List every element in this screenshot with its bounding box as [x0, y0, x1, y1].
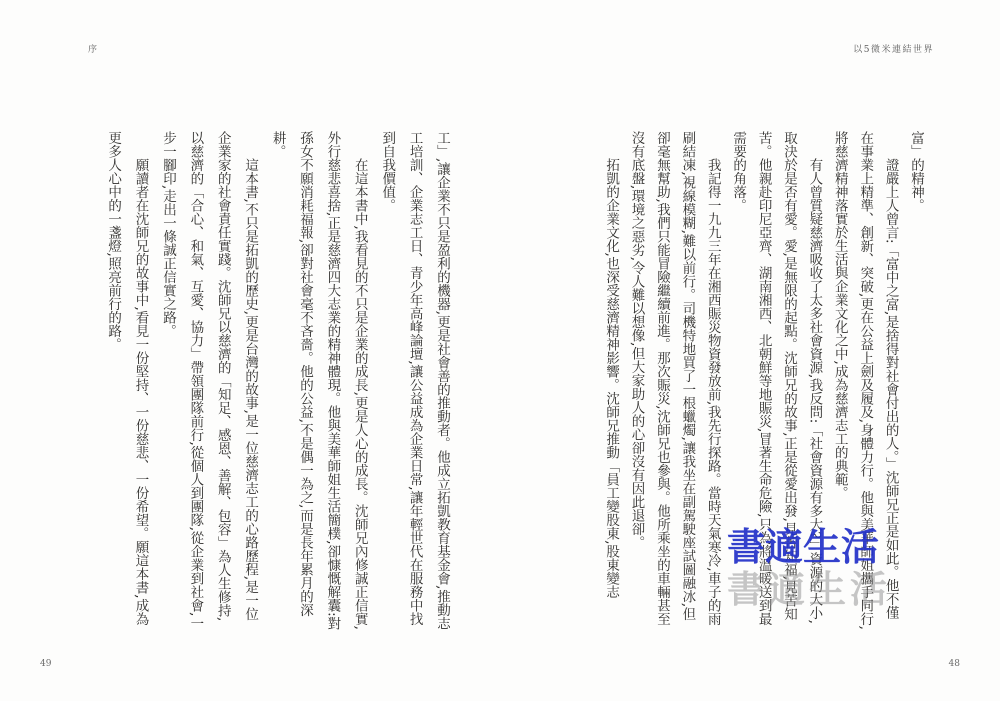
page-number-right: 48	[949, 659, 960, 669]
paragraph: 這本書,不只是拓凱的歷史,更是台灣的故事,是一位慈濟志工的心路歷程,是一位企業家…	[154, 131, 264, 631]
paragraph: 拓凱的企業文化,也深受慈濟精神影響。沈師兄推動「員工變股東,股東變志	[598, 131, 623, 631]
paragraph: 我記得一九九三年在湘西賑災物資發放前,我先行探路。當時天氣寒冷,車子的雨刷結凍,…	[623, 131, 725, 631]
running-head-left: 序	[88, 42, 99, 55]
running-head-right: 以5微米連結世界	[853, 42, 934, 55]
paragraph: 工」,讓企業不只是盈利的機器,更是社會善的推動者。他成立拓凱教育基金會,推動志工…	[373, 131, 455, 631]
watermark-gray: 書適生活	[727, 559, 891, 613]
paragraph: 富」的精神。	[903, 131, 928, 631]
page-number-left: 49	[40, 659, 51, 669]
left-page-body: 工」,讓企業不只是盈利的機器,更是社會善的推動者。他成立拓凱教育基金會,推動志工…	[95, 131, 455, 631]
paragraph: 在這本書中,我看見的不只是企業的成長,更是人心的成長。沈師兄內修誠正信實,外行慈…	[263, 131, 373, 631]
paragraph: 願讀者在沈師兄的故事中,看見一份堅持、一份慈悲、一份希望。願這本書,成為更多人心…	[99, 131, 154, 631]
